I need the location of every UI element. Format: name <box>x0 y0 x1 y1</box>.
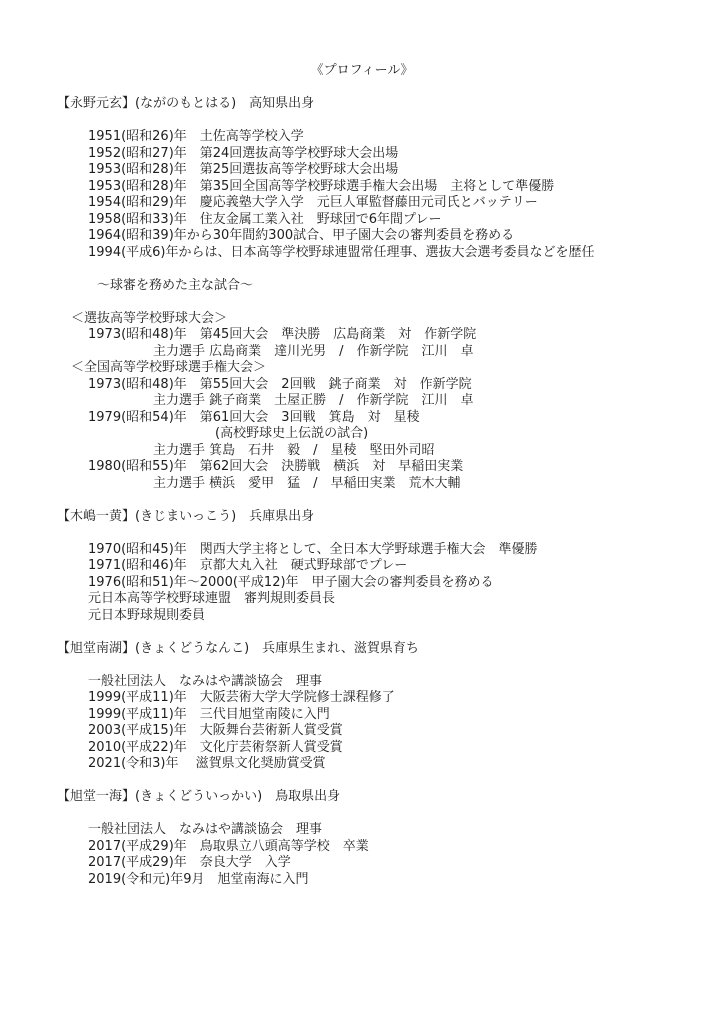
game-line: 1973(昭和48)年 第45回大会 準決勝 広島商業 対 作新学院 <box>57 327 684 344</box>
career-line: 2021(令和3)年 滋賀県文化奨励賞受賞 <box>57 756 684 773</box>
document-body: 【永野元玄】(ながのもとはる) 高知県出身 1951(昭和26)年 土佐高等学校… <box>57 96 684 905</box>
umpire-section-heading: 〜球審を務めた主な試合〜 <box>57 278 684 295</box>
person-1-career: 1951(昭和26)年 土佐高等学校入学 1952(昭和27)年 第24回選抜高… <box>57 129 684 261</box>
career-line: 1999(平成11)年 大阪芸術大学大学院修士課程修了 <box>57 690 684 707</box>
person-2-heading-block: 【木嶋一黄】(きじまいっこう) 兵庫県出身 <box>57 509 684 526</box>
person-4-heading-block: 【旭堂一海】(きょくどういっかい) 鳥取県出身 <box>57 789 684 806</box>
career-line: 1952(昭和27)年 第24回選抜高等学校野球大会出場 <box>57 146 684 163</box>
career-line: 1994(平成6)年からは、日本高等学校野球連盟常任理事、選抜大会選考委員などを… <box>57 245 684 262</box>
game-line: 1973(昭和48)年 第55回大会 2回戦 銚子商業 対 作新学院 <box>57 377 684 394</box>
career-line: 1999(平成11)年 三代目旭堂南陵に入門 <box>57 707 684 724</box>
person-3-heading-block: 【旭堂南湖】(きょくどうなんこ) 兵庫県生まれ、滋賀県育ち <box>57 641 684 658</box>
players-line: 主力選手 銚子商業 土屋正勝 / 作新学院 江川 卓 <box>57 393 684 410</box>
person-1-heading-block: 【永野元玄】(ながのもとはる) 高知県出身 <box>57 96 684 113</box>
career-line: 1970(昭和45)年 関西大学主将として、全日本大学野球選手権大会 準優勝 <box>57 542 684 559</box>
person-4-heading: 【旭堂一海】(きょくどういっかい) 鳥取県出身 <box>57 789 684 806</box>
umpire-games: ＜選抜高等学校野球大会＞ 1973(昭和48)年 第45回大会 準決勝 広島商業… <box>57 311 684 493</box>
career-line: 1953(昭和28)年 第35回全国高等学校野球選手権大会出場 主将として準優勝 <box>57 179 684 196</box>
person-2-heading: 【木嶋一黄】(きじまいっこう) 兵庫県出身 <box>57 509 684 526</box>
person-3-heading: 【旭堂南湖】(きょくどうなんこ) 兵庫県生まれ、滋賀県育ち <box>57 641 684 658</box>
career-line: 2010(平成22)年 文化庁芸術祭新人賞受賞 <box>57 740 684 757</box>
career-line: 1971(昭和46)年 京都大丸入社 硬式野球部でプレー <box>57 558 684 575</box>
document-page: 《プロフィール》 【永野元玄】(ながのもとはる) 高知県出身 1951(昭和26… <box>0 0 724 1024</box>
career-line: 元日本高等学校野球連盟 審判規則委員長 <box>57 591 684 608</box>
tournament-heading: ＜全国高等学校野球選手権大会＞ <box>57 360 684 377</box>
career-line: 元日本野球規則委員 <box>57 608 684 625</box>
career-line: 1954(昭和29)年 慶応義塾大学入学 元巨人軍監督藤田元司氏とバッテリー <box>57 195 684 212</box>
person-4-career: 一般社団法人 なみはや講談協会 理事 2017(平成29)年 鳥取県立八頭高等学… <box>57 822 684 888</box>
career-line: 1953(昭和28)年 第25回選抜高等学校野球大会出場 <box>57 162 684 179</box>
career-line: 1958(昭和33)年 住友金属工業入社 野球団で6年間プレー <box>57 212 684 229</box>
page-title: 《プロフィール》 <box>0 63 724 80</box>
person-2-career: 1970(昭和45)年 関西大学主将として、全日本大学野球選手権大会 準優勝 1… <box>57 542 684 625</box>
career-line: 一般社団法人 なみはや講談協会 理事 <box>57 674 684 691</box>
career-line: 2019(令和元)年9月 旭堂南海に入門 <box>57 872 684 889</box>
career-line: 一般社団法人 なみはや講談協会 理事 <box>57 822 684 839</box>
tournament-heading: ＜選抜高等学校野球大会＞ <box>57 311 684 328</box>
career-line: 2003(平成15)年 大阪舞台芸術新人賞受賞 <box>57 723 684 740</box>
career-line: 1951(昭和26)年 土佐高等学校入学 <box>57 129 684 146</box>
umpire-section-heading-block: 〜球審を務めた主な試合〜 <box>57 278 684 295</box>
career-line: 2017(平成29)年 鳥取県立八頭高等学校 卒業 <box>57 839 684 856</box>
person-1-heading: 【永野元玄】(ながのもとはる) 高知県出身 <box>57 96 684 113</box>
players-line: 主力選手 横浜 愛甲 猛 / 早稲田実業 荒木大輔 <box>57 476 684 493</box>
career-line: 2017(平成29)年 奈良大学 入学 <box>57 855 684 872</box>
game-line: 1980(昭和55)年 第62回大会 決勝戦 横浜 対 早稲田実業 <box>57 459 684 476</box>
players-line: 主力選手 広島商業 達川光男 / 作新学院 江川 卓 <box>57 344 684 361</box>
career-line: 1976(昭和51)年〜2000(平成12)年 甲子園大会の審判委員を務める <box>57 575 684 592</box>
game-line: 1979(昭和54)年 第61回大会 3回戦 箕島 対 星稜 <box>57 410 684 427</box>
person-3-career: 一般社団法人 なみはや講談協会 理事 1999(平成11)年 大阪芸術大学大学院… <box>57 674 684 773</box>
players-line: 主力選手 箕島 石井 毅 / 星稜 堅田外司昭 <box>57 443 684 460</box>
career-line: 1964(昭和39)年から30年間約300試合、甲子園大会の審判委員を務める <box>57 228 684 245</box>
legend-note-line: (高校野球史上伝説の試合) <box>57 426 684 443</box>
